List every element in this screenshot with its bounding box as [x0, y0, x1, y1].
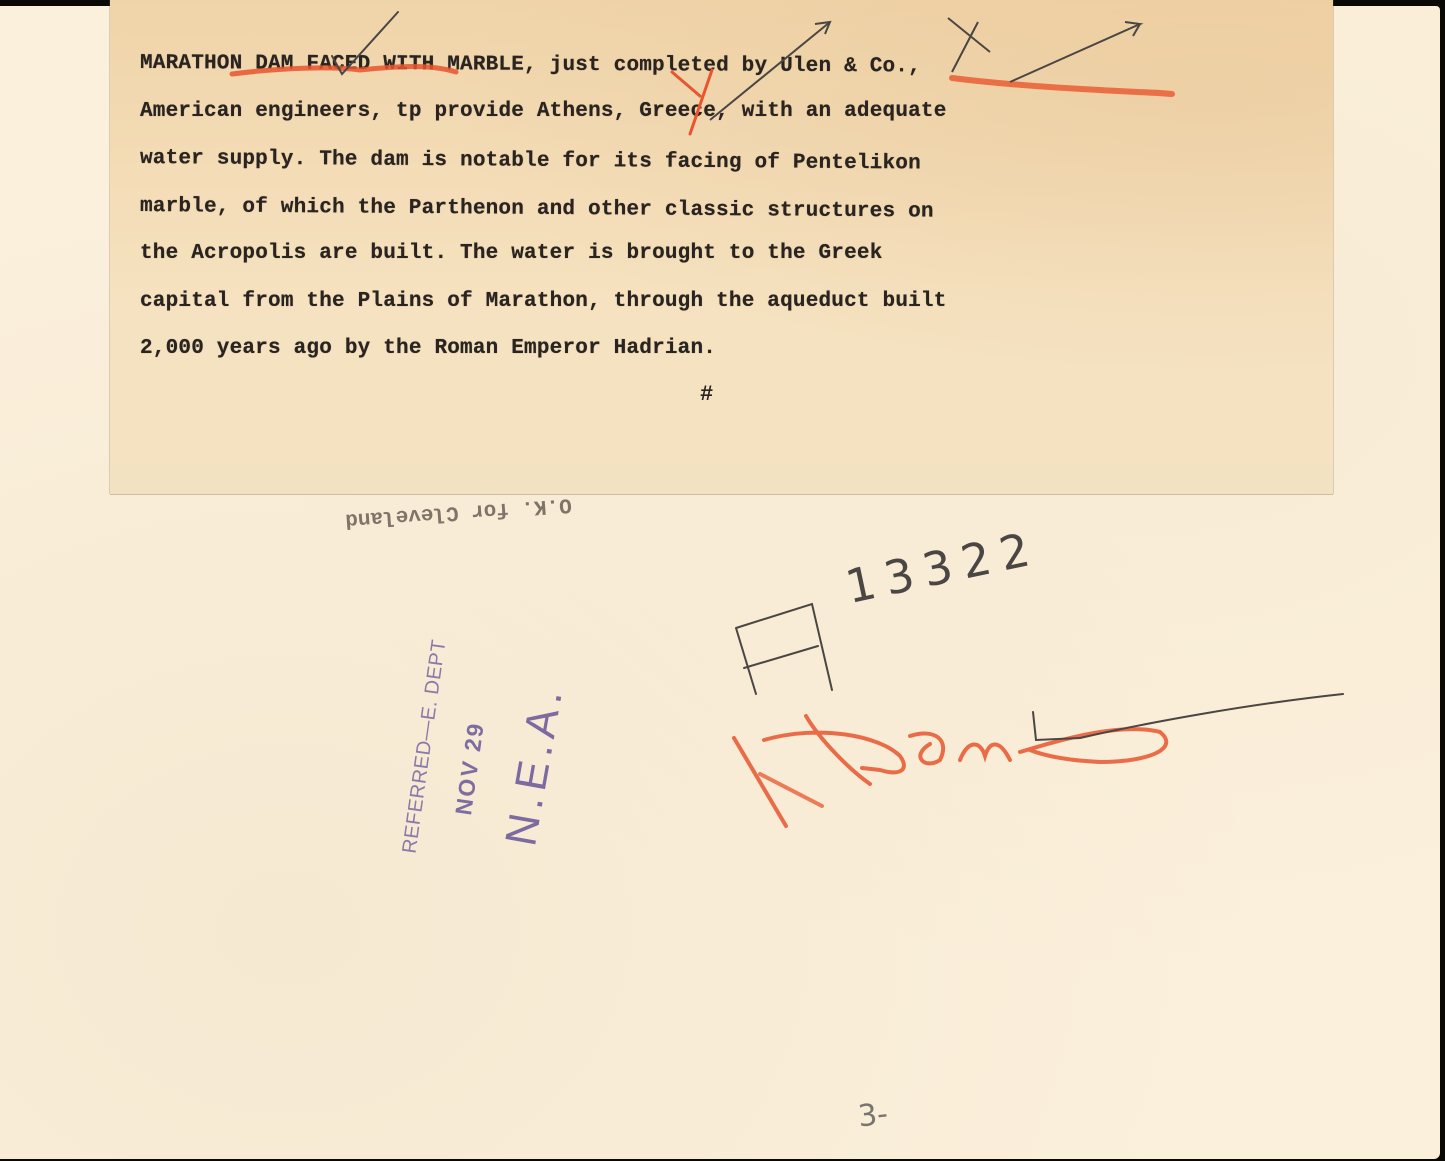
caption-line: the Acropolis are built. The water is br…	[140, 230, 1060, 278]
typed-caption: MARATHON DAM FACED WITH MARBLE, just com…	[140, 40, 1060, 373]
caption-line: MARATHON DAM FACED WITH MARBLE, just com…	[140, 40, 1060, 92]
caption-line: 2,000 years ago by the Roman Emperor Had…	[140, 325, 1060, 373]
caption-line: marble, of which the Parthenon and other…	[140, 183, 1060, 237]
caption-line: American engineers, tp provide Athens, G…	[140, 88, 1060, 136]
end-mark: #	[700, 382, 713, 407]
caption-line: capital from the Plains of Marathon, thr…	[140, 278, 1060, 326]
caption-line: water supply. The dam is notable for its…	[140, 135, 1060, 189]
pencil-bottom-note: 3-	[856, 1097, 889, 1135]
